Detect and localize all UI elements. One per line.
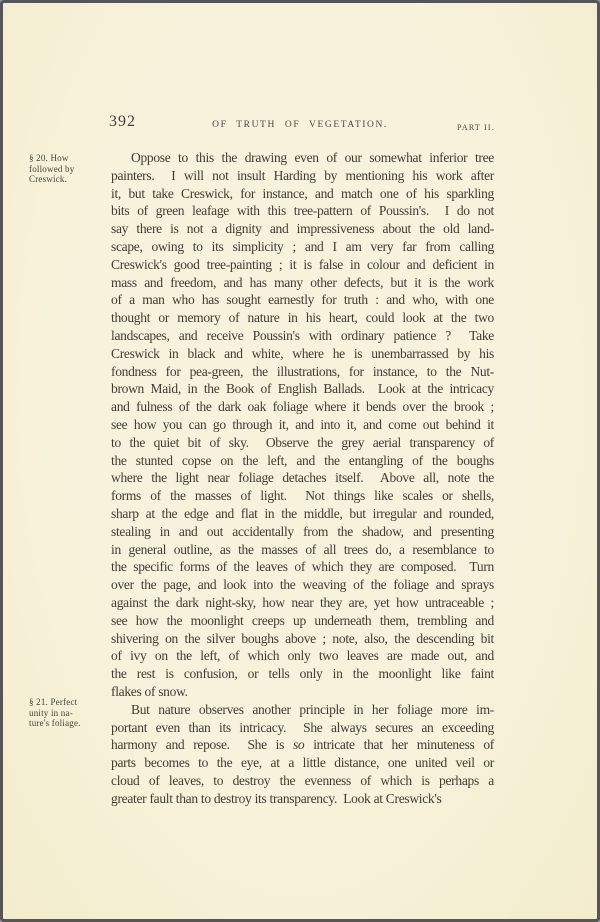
text-line: and fulness of the dark oak foliage wher… <box>111 398 494 416</box>
text-line: thought or memory of nature in his heart… <box>111 309 494 327</box>
margin-note-section-21: § 21. Perfectunity in na-ture's foliage. <box>29 697 107 729</box>
text-line: forms of the masses of light. Not things… <box>111 487 494 505</box>
text-line: where the light near foliage detaches it… <box>111 469 494 487</box>
note-line: unity in na- <box>29 708 107 719</box>
text-line: Creswick in black and white, where he is… <box>111 345 494 363</box>
text-line: stealing in and out accidentally from th… <box>111 523 494 541</box>
text-line: of ivy on the left, of which only two le… <box>111 647 494 665</box>
note-line: Creswick. <box>29 174 107 185</box>
text-line: But nature observes another principle in… <box>111 701 494 719</box>
paragraph: But nature observes another principle in… <box>111 701 494 808</box>
body-text: Oppose to this the drawing even of our s… <box>111 149 494 807</box>
note-line: § 20. How <box>29 153 107 164</box>
running-title: OF TRUTH OF VEGETATION. <box>3 120 597 130</box>
text-line: the stunted copse on the left, and the e… <box>111 452 494 470</box>
text-line: fondness for pea-green, the illustration… <box>111 363 494 381</box>
text-line: Oppose to this the drawing even of our s… <box>111 149 494 167</box>
text-line: greater fault than to destroy its transp… <box>111 790 494 808</box>
book-page: 392 OF TRUTH OF VEGETATION. PART II. § 2… <box>0 0 600 922</box>
text-line: say there is not a dignity and impressiv… <box>111 220 494 238</box>
text-line: over the page, and look into the weaving… <box>111 576 494 594</box>
text-line: the rest is confusion, or tells only in … <box>111 665 494 683</box>
text-line: painters. I will not insult Harding by m… <box>111 167 494 185</box>
text-line: against the dark night-sky, how near the… <box>111 594 494 612</box>
text-line: it, but take Creswick, for instance, and… <box>111 185 494 203</box>
text-line: see how the moonlight creeps up undernea… <box>111 612 494 630</box>
text-line: to the quiet bit of sky. Observe the gre… <box>111 434 494 452</box>
note-line: followed by <box>29 164 107 175</box>
text-line: Creswick's good tree-painting ; it is fa… <box>111 256 494 274</box>
text-line: brown Maid, in the Book of English Balla… <box>111 380 494 398</box>
text-line: of a man who has sought earnestly for tr… <box>111 291 494 309</box>
text-line: bits of green leafage with this tree-pat… <box>111 202 494 220</box>
margin-note-section-20: § 20. Howfollowed byCreswick. <box>29 153 107 185</box>
text-line: scape, owing to its simplicity ; and I a… <box>111 238 494 256</box>
text-line: see how you can go through it, and into … <box>111 416 494 434</box>
text-line: landscapes, and receive Poussin's with o… <box>111 327 494 345</box>
text-line: portant even than its intricacy. She alw… <box>111 719 494 737</box>
paragraph: Oppose to this the drawing even of our s… <box>111 149 494 701</box>
text-line: sharp at the edge and flat in the middle… <box>111 505 494 523</box>
text-line: parts becomes to the eye, at a little di… <box>111 754 494 772</box>
note-line: ture's foliage. <box>29 718 107 729</box>
text-line: mass and freedom, and has many other def… <box>111 274 494 292</box>
text-line: shivering on the silver boughs above ; n… <box>111 630 494 648</box>
text-line: the specific forms of the leaves of whic… <box>111 558 494 576</box>
note-line: § 21. Perfect <box>29 697 107 708</box>
italic-text: so <box>293 737 304 752</box>
text-line: cloud of leaves, to destroy the evenness… <box>111 772 494 790</box>
text-line: in general outline, as the masses of all… <box>111 541 494 559</box>
part-label: PART II. <box>457 123 495 132</box>
text-line: flakes of snow. <box>111 683 494 701</box>
text-line: harmony and repose. She is so intricate … <box>111 736 494 754</box>
